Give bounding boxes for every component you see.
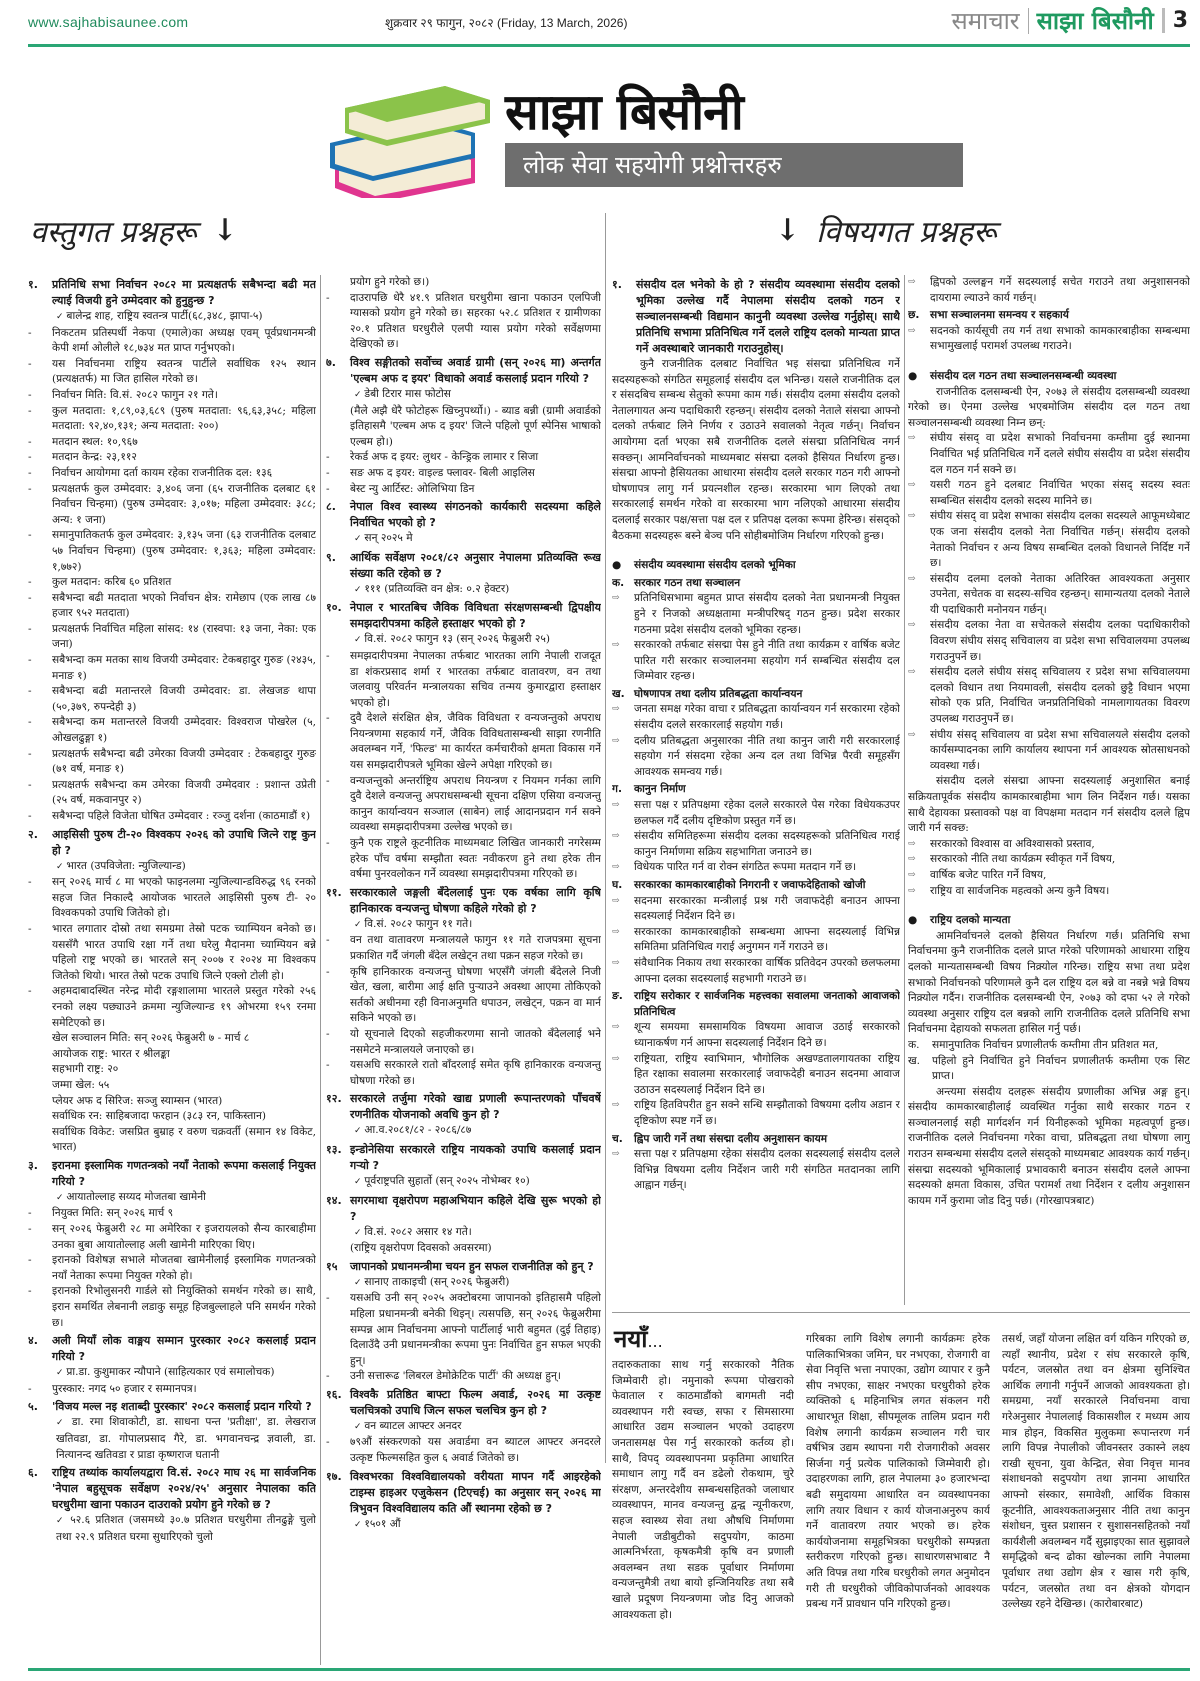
arrow-point: ⇨संसदीय दलका नेता वा सचेतकले संसदीय दलका… [908, 618, 1190, 665]
question: १६.विश्वकै प्रतिष्ठित बाफ्टा फिल्म अवार्… [326, 1387, 601, 1419]
dash-icon: - [28, 778, 52, 809]
dash-icon: - [326, 1435, 350, 1466]
arrow-right-icon: ⇨ [908, 618, 930, 665]
arrow-point: ⇨राष्ट्रिय वा सार्वजनिक महत्वको अन्य कुन… [908, 884, 1190, 900]
answer-check: प्रा.डा. कुशुमाकर न्यौपाने (साहित्यकार ए… [28, 1365, 316, 1382]
item-text: प्रत्यक्षतर्फ निर्वाचित महिला सांसद: १४ … [52, 622, 316, 653]
question: ६.राष्ट्रिय तथ्यांक कार्यालयद्वारा वि.सं… [28, 1465, 316, 1513]
item-text: कुनै राजनीतिक दलबाट निर्वाचित भइ संसद्मा… [612, 358, 900, 542]
question-number: ९. [326, 550, 350, 582]
arrow-right-icon: ⇨ [908, 324, 930, 355]
paragraph: कुनै राजनीतिक दलबाट निर्वाचित भइ संसद्मा… [612, 357, 900, 544]
item-text: नेपाल र भारतबिच जैविक विविधता संरक्षणसम्… [350, 600, 601, 632]
dash-icon: - [326, 1027, 350, 1058]
item-text: आर्थिक सर्वेक्षण २०८१/८२ अनुसार नेपालमा … [350, 550, 601, 582]
bullet-point: -प्रत्यक्षतर्फ निर्वाचित महिला सांसद: १४… [28, 622, 316, 653]
arrow-point: ⇨यसरी गठन हुने दलबाट निर्वाचित भएका संसद… [908, 478, 1190, 509]
item-text: सर्वाधिक रन: साहिबजादा फरहान (३८३ रन, पा… [52, 1110, 266, 1122]
item-text: वन्यजन्तुको अन्तर्राष्ट्रिय अपराध नियन्त… [350, 774, 601, 836]
item-text: बालेन्द्र शाह, राष्ट्रिय स्वतन्त्र पार्ट… [66, 310, 262, 322]
item-text: सत्ता पक्ष र प्रतिपक्षमा रहेका दलले सरका… [634, 798, 900, 829]
dash-icon: - [28, 1284, 52, 1331]
bullet-point: -मतदान केन्द्र: २३,११२ [28, 450, 316, 466]
item-text: पुरस्कार: नगद ५० हजार र सम्मानपत्र। [52, 1382, 197, 1398]
item-text: प्रत्यक्षतर्फ सबैभन्दा कम उमेरका विजयी उ… [52, 778, 316, 809]
arrow-right-icon: ⇨ [612, 894, 634, 925]
arrow-right-icon: ⇨ [612, 798, 634, 829]
bullet-point: -उनी सत्तारूढ 'लिबरल डेमोक्रेटिक पार्टी'… [326, 1369, 601, 1385]
question-number: १४. [326, 1193, 350, 1225]
indented-note: प्लेयर अफ द सिरिज: सञ्जु स्याम्सन (भारत) [28, 1094, 316, 1110]
bullet-point: -अहमदाबादस्थित नरेन्द्र मोदी रङ्गशालामा … [28, 984, 316, 1031]
subheading: ●संसदीय व्यवस्थामा संसदीय दलको भूमिका [612, 558, 900, 574]
answer-check: भारत (उपविजेता: न्युजिल्यान्ड) [28, 859, 316, 876]
item-text: सरकारका कामकारबाहीको सम्बन्धमा आफ्ना सदस… [634, 925, 900, 956]
item-text: वन तथा वातावरण मन्त्रालयले फागुन ११ गते … [350, 933, 601, 964]
item-text: आमनिर्वाचनले दलको हैसियत निर्धारण गर्छ। … [908, 930, 1190, 1036]
sub-number: च. [612, 1132, 634, 1148]
bullet-point: -कुनै एक राष्ट्रले कूटनीतिक माध्यमबाट लि… [326, 836, 601, 883]
item-text: प्रतिनिधि सभा निर्वाचन २०८२ मा प्रत्यक्ष… [52, 277, 316, 309]
question-number: ७. [326, 355, 350, 387]
item-text: सन् २०२६ मार्च ८ मा भएको फाइनलमा न्युजिल… [52, 875, 316, 922]
item-text: आइसिसी पुरुष टी-२० विश्वकप २०२६ को उपाधि… [52, 827, 316, 859]
sub-number: ख. [612, 687, 634, 703]
item-text: आ.व.२०८१/८२ - २०८६/८७ [364, 1124, 471, 1136]
page-header: www.sajhabisaunee.com शुक्रवार २९ फागुन,… [0, 0, 1200, 45]
item-text: संसदीय दलले संघीय संसद् सचिवालय र प्रदेश… [930, 665, 1190, 727]
question-number: १६. [326, 1387, 350, 1419]
item-text: राष्ट्रिय दलको मान्यता [930, 913, 1010, 929]
dash-icon: - [326, 774, 350, 836]
question-number: २. [28, 827, 52, 859]
bullet-point: -सबैभन्दा पहिले विजेता घोषित उम्मेदवार :… [28, 809, 316, 825]
dash-icon: - [326, 1058, 350, 1089]
item-text: सङ अफ द इयर: वाइल्ड फ्लावर- बिली आइलिस [350, 466, 535, 482]
arrow-right-icon: ⇨ [612, 1052, 634, 1099]
dash-icon: - [28, 1206, 52, 1222]
bullet-point: -यो सूचनाले दिएको सहजीकरणमा सानो जातको ब… [326, 1027, 601, 1058]
naya-title: नयाँ [614, 1325, 647, 1353]
objective-column-1: १.प्रतिनिधि सभा निर्वाचन २०८२ मा प्रत्यक… [28, 275, 316, 1665]
item-text: वि.सं. २०८२ असार १४ गते। [364, 1226, 471, 1238]
item-text: जनता समक्ष गरेका वाचा र प्रतिबद्धता कार्… [634, 702, 900, 733]
dash-icon: - [28, 404, 52, 435]
paragraph: अन्त्यमा संसदीय दलहरू संसदीय प्रणालीका अ… [908, 1085, 1190, 1210]
item-text: दाउरापछि धेरै ४१.९ प्रतिशत घरधुरीमा खाना… [350, 291, 601, 353]
item-text: संसदीय दल भनेको के हो ? संसदीय व्यवस्थाम… [636, 277, 900, 357]
item-text: संघीय संसद् सचिवालय वा प्रदेश सभा सचिवाल… [930, 728, 1190, 775]
item-text: सभा सञ्चालनमा समन्वय र सहकार्य [930, 308, 1069, 324]
item-text: राष्ट्रियता, राष्ट्रिय स्वाभिमान, भौगोलि… [634, 1052, 900, 1099]
answer-check: सानाए ताकाइची (सन् २०२६ फेब्रुअरी) [326, 1275, 601, 1292]
item-text: कृषि हानिकारक वन्यजन्तु घोषणा भएसँगै जंग… [350, 965, 601, 1027]
bullet-point: -इरानको विशेषज्ञ सभाले मोजतबा खामेनीलाई … [28, 1253, 316, 1284]
arrow-point: ⇨प्रतिनिधिसभामा बहुमत प्राप्त संसदीय दलक… [612, 591, 900, 638]
item-text: संसदीय व्यवस्थामा संसदीय दलको भूमिका [634, 558, 796, 574]
bullet-point: -दाउरापछि धेरै ४१.९ प्रतिशत घरधुरीमा खान… [326, 291, 601, 353]
bullet-point: -कुल मतदाता: १,८९,०३,६८९ (पुरुष मतदाता: … [28, 404, 316, 435]
arrow-point: ⇨सरकारको विश्वास वा अविश्वासको प्रस्ताव, [908, 837, 1190, 853]
indented-note: आयोजक राष्ट्र: भारत र श्रीलङ्का [28, 1047, 316, 1063]
item-text: ह्विप जारी गर्ने तथा संसद्मा दलीय अनुशास… [634, 1132, 827, 1148]
item-text: रेकर्ड अफ द इयर: लुथर - केन्ड्रिक लामार … [350, 450, 538, 466]
item-text: संसदीय दलमा दलको नेताका अतिरिक्त आवश्यकत… [930, 572, 1190, 619]
dash-icon: - [28, 591, 52, 622]
item-text: उनी सत्तारूढ 'लिबरल डेमोक्रेटिक पार्टी' … [350, 1369, 561, 1385]
subheading: ●संसदीय दल गठन तथा सञ्चालनसम्बन्धी व्यवस… [908, 369, 1190, 385]
question-number: १५ [326, 1259, 350, 1275]
item-text: १११ (प्रतिव्यक्ति वन क्षेत्र: ०.२ हेक्टर… [364, 583, 509, 595]
item-text: सरकारले तर्जुमा गरेको खाद्य प्रणाली रूपा… [350, 1091, 601, 1123]
section-divider [605, 213, 606, 1463]
indented-note: (मैले अझै धेरै फोटोहरू खिच्नुपर्थ्यो।) -… [326, 404, 601, 451]
item-text: (राष्ट्रिय वृक्षरोपण दिवसको अवसरमा) [350, 1242, 492, 1254]
item-text: इरानमा इस्लामिक गणतन्त्रको नयाँ नेताको र… [52, 1158, 316, 1190]
item-text: विश्व सङ्गीतको सर्वोच्च अवार्ड ग्रामी (स… [350, 355, 601, 387]
dash-icon: - [28, 922, 52, 984]
arrow-right-icon: ⇨ [908, 572, 930, 619]
question: १.संसदीय दल भनेको के हो ? संसदीय व्यवस्थ… [612, 277, 900, 357]
bullet-point: -यस निर्वाचनमा राष्ट्रिय स्वतन्त्र पार्ट… [28, 357, 316, 388]
answer-check: वन ब्याटल आफ्टर अनदर [326, 1419, 601, 1436]
arrow-point: ⇨ह्विपको उल्लङ्घन गर्ने सदस्यलाई सचेत गर… [908, 275, 1190, 306]
subheading: क.सरकार गठन तथा सञ्चालन [612, 576, 900, 592]
question-number: १३. [326, 1142, 350, 1174]
question: १.प्रतिनिधि सभा निर्वाचन २०८२ मा प्रत्यक… [28, 277, 316, 309]
answer-check: सन् २०२५ मे [326, 531, 601, 548]
question: ५.'विजय मल्ल नइ शताब्दी पुरस्कार' २०८२ क… [28, 1399, 316, 1415]
item-text: यस निर्वाचनमा राष्ट्रिय स्वतन्त्र पार्टी… [52, 357, 316, 388]
arrow-down-icon: ↓ [775, 213, 800, 248]
item-text: मतदान स्थल: १०,९६७ [52, 435, 138, 451]
bullet-point: -प्रत्यक्षतर्फ सबैभन्दा बढी उमेरका विजयी… [28, 747, 316, 778]
bullet-point: -वन्यजन्तुको अन्तर्राष्ट्रिय अपराध नियन्… [326, 774, 601, 836]
sub-number: घ. [612, 878, 634, 894]
answer-check: १११ (प्रतिव्यक्ति वन क्षेत्र: ०.२ हेक्टर… [326, 582, 601, 599]
question-number: १. [612, 277, 636, 357]
item-text: सबैभन्दा बढी मतदाता भएको निर्वाचन क्षेत्… [52, 591, 316, 622]
question-number: ११. [326, 885, 350, 917]
item-text: ५२.६ प्रतिशत (जसमध्ये ३०.७ प्रतिशत घरधुर… [56, 1514, 316, 1543]
item-text: सरकारको नीति तथा कार्यक्रम स्वीकृत गर्ने… [930, 852, 1115, 868]
bullet-point: -सङ अफ द इयर: वाइल्ड फ्लावर- बिली आइलिस [326, 466, 601, 482]
arrow-point: ⇨विधेयक पारित गर्न वा रोक्न संगठित रूपमा… [612, 860, 900, 876]
bullet-point: -प्रत्यक्षतर्फ सबैभन्दा कम उमेरका विजयी … [28, 778, 316, 809]
column-divider [320, 275, 321, 1665]
bullet-point: -यसअघि सरकारले रातो बाँदरलाई समेत कृषि ह… [326, 1058, 601, 1089]
item-text: समानुपातिक निर्वाचन प्रणालीतर्फ कम्तीमा … [932, 1038, 1158, 1054]
arrow-right-icon: ⇨ [612, 702, 634, 733]
dash-icon: - [28, 875, 52, 922]
question-number: १. [28, 277, 52, 309]
item-text: संसदीय दल गठन तथा सञ्चालनसम्बन्धी व्यवस्… [930, 369, 1116, 385]
item-text: अन्त्यमा संसदीय दलहरू संसदीय प्रणालीका अ… [908, 1086, 1190, 1207]
question-number: १७. [326, 1469, 350, 1517]
arrow-right-icon: ⇨ [908, 478, 930, 509]
question: ४.अली मियाँ लोक वाङ्मय सम्मान पुरस्कार २… [28, 1333, 316, 1365]
arrow-point: ⇨संवैधानिक निकाय तथा सरकारका वार्षिक प्र… [612, 956, 900, 987]
item-text: ७९औं संस्करणको यस अवार्डमा वन ब्याटल आफ्… [350, 1435, 601, 1466]
arrow-point: ⇨सरकारका कामकारबाहीको सम्बन्धमा आफ्ना सद… [612, 925, 900, 956]
arrow-right-icon: ⇨ [908, 852, 930, 868]
arrow-point: ⇨सदनमा सरकारका मन्त्रीलाई प्रश्न गरी जवा… [612, 894, 900, 925]
dash-icon: - [28, 1253, 52, 1284]
subheading: ख.घोषणापत्र तथा दलीय प्रतिबद्धता कार्यान… [612, 687, 900, 703]
item-text: संसदीय समितिहरूमा संसदीय दलका सदस्यहरूको… [634, 829, 900, 860]
dash-icon: - [326, 836, 350, 883]
arrow-point: ⇨राष्ट्रिय हितविपरीत हुन सक्ने सन्धि सम्… [612, 1098, 900, 1129]
arrow-point: ⇨जनता समक्ष गरेका वाचा र प्रतिबद्धता कार… [612, 702, 900, 733]
bullet-point: -इरानको रिभोलुसनरी गार्डले सो नियुक्तिको… [28, 1284, 316, 1331]
lettered-point: क.समानुपातिक निर्वाचन प्रणालीतर्फ कम्तीम… [908, 1038, 1190, 1054]
arrow-down-icon: ↓ [213, 213, 238, 248]
item-text: इन्डोनेसिया सरकारले राष्ट्रिय नायकको उपा… [350, 1142, 601, 1174]
bullet-point: -सन् २०२६ मार्च ८ मा भएको फाइनलमा न्युजि… [28, 875, 316, 922]
item-text: प्लेयर अफ द सिरिज: सञ्जु स्याम्सन (भारत) [52, 1095, 222, 1107]
question: १०.नेपाल र भारतबिच जैविक विविधता संरक्षण… [326, 600, 601, 632]
question-number: ५. [28, 1399, 52, 1415]
item-text: सदनको कार्यसूची तय गर्न तथा सभाको कामकार… [930, 324, 1190, 355]
indented-note: सर्वाधिक विकेट: जसप्रित बुम्राह र वरुण च… [28, 1125, 316, 1156]
sub-number: ग. [612, 782, 634, 798]
sub-number: छ. [908, 308, 930, 324]
dash-icon: - [28, 326, 52, 357]
dash-icon: - [28, 450, 52, 466]
dash-icon: - [326, 482, 350, 498]
objective-heading-text: वस्तुगत प्रश्नहरू [30, 210, 197, 251]
answer-check: वि.सं. २०८२ फागुन १३ (सन् २०२६ फेब्रुअरी… [326, 632, 601, 649]
top-rule [28, 44, 1190, 47]
paragraph: आमनिर्वाचनले दलको हैसियत निर्धारण गर्छ। … [908, 929, 1190, 1038]
arrow-right-icon: ⇨ [612, 1098, 634, 1129]
item-text: यो सूचनाले दिएको सहजीकरणमा सानो जातको बँ… [350, 1027, 601, 1058]
item-text: संसदीय दलले संसद्मा आफ्ना सदस्यलाई अनुशा… [908, 775, 1190, 834]
arrow-point: ⇨दलीय प्रतिबद्धता अनुसारका नीति तथा कानु… [612, 734, 900, 781]
answer-check: बालेन्द्र शाह, राष्ट्रिय स्वतन्त्र पार्ट… [28, 309, 316, 326]
arrow-point: ⇨सत्ता पक्ष र प्रतिपक्षमा रहेका दलले सरक… [612, 798, 900, 829]
bullet-point: -समझदारीपत्रमा नेपालका तर्फबाट भारतका ला… [326, 649, 601, 711]
item-text: यसअघि उनी सन् २०२५ अक्टोबरमा जापानको इति… [350, 1291, 601, 1369]
answer-check: वि.सं. २०८२ असार १४ गते। [326, 1225, 601, 1242]
dash-icon: - [28, 357, 52, 388]
question-number: १२. [326, 1091, 350, 1123]
arrow-point: ⇨संसदीय समितिहरूमा संसदीय दलका सदस्यहरूक… [612, 829, 900, 860]
answer-check: पूर्वराष्ट्रपति सुहार्तो (सन् २०२५ नोभेम… [326, 1174, 601, 1191]
arrow-point: ⇨संसदीय दलले संघीय संसद् सचिवालय र प्रदे… [908, 665, 1190, 727]
column-divider [904, 275, 905, 1305]
divider [1028, 8, 1029, 34]
indented-note: सर्वाधिक रन: साहिबजादा फरहान (३८३ रन, पा… [28, 1109, 316, 1125]
sub-number: क. [612, 576, 634, 592]
bullet-point: -सन् २०२६ फेब्रुअरी २८ मा अमेरिका र इजरा… [28, 1222, 316, 1253]
item-text: सबैभन्दा बढी मतान्तरले विजयी उम्मेदवार: … [52, 684, 316, 715]
item-text: आयातोल्लाह सय्यद मोजतबा खामेनी [66, 1191, 205, 1203]
item-text: सगरमाथा वृक्षरोपण महाअभियान कहिले देखि स… [350, 1193, 601, 1225]
question: ८.नेपाल विश्व स्वास्थ्य संगठनको कार्यकार… [326, 499, 601, 531]
dash-icon: - [326, 450, 350, 466]
question-number: ४. [28, 1333, 52, 1365]
arrow-right-icon: ⇨ [908, 509, 930, 571]
brand-label: साझा बिसौनी [1037, 4, 1154, 37]
paragraph: राजनीतिक दलसम्बन्धी ऐन, २०७३ ले संसदीय द… [908, 385, 1190, 432]
item-text: संघीय संसद् वा प्रदेश सभाको निर्वाचनमा क… [930, 431, 1190, 478]
item-text: 'विजय मल्ल नइ शताब्दी पुरस्कार' २०८२ कसल… [52, 1399, 312, 1415]
item-text: प्रा.डा. कुशुमाकर न्यौपाने (साहित्यकार ए… [66, 1366, 274, 1378]
item-text: कुल मतदाता: १,८९,०३,६८९ (पुरुष मतदाता: ९… [52, 404, 316, 435]
item-text: विश्वभरका विश्वविद्यालयको वरीयता मापन गर… [350, 1469, 601, 1517]
item-text: जापानको प्रधानमन्त्रीमा चयन हुन सफल राजन… [350, 1259, 594, 1275]
spacer [612, 544, 900, 556]
item-text: सरकार गठन तथा सञ्चालन [634, 576, 740, 592]
arrow-point: ⇨शून्य समयमा समसामयिक विषयमा आवाज उठाई स… [612, 1020, 900, 1051]
arrow-right-icon: ⇨ [612, 638, 634, 685]
subheading: ङ.राष्ट्रिय सरोकार र सार्वजनिक महत्त्वका… [612, 989, 900, 1020]
indented-note: सहभागी राष्ट्र: २० [28, 1062, 316, 1078]
item-text: यसरी गठन हुने दलबाट निर्वाचित भएका संसद्… [930, 478, 1190, 509]
item-text: सबैभन्दा कम मतका साथ विजयी उम्मेदवार: टे… [52, 653, 316, 684]
dash-icon: - [28, 1222, 52, 1253]
item-text: संसदीय दलका नेता वा सचेतकले संसदीय दलका … [930, 618, 1190, 665]
item-text: समझदारीपत्रमा नेपालका तर्फबाट भारतका लाग… [350, 649, 601, 711]
arrow-right-icon: ⇨ [908, 431, 930, 478]
arrow-right-icon: ⇨ [612, 1020, 634, 1051]
arrow-right-icon: ⇨ [908, 665, 930, 727]
bullet-icon: ● [908, 369, 930, 385]
item-text: अहमदाबादस्थित नरेन्द्र मोदी रङ्गशालामा भ… [52, 984, 316, 1031]
masthead: साझा बिसौनी लोक सेवा सहयोगी प्रश्नोत्तरह… [325, 78, 965, 198]
item-text: जम्मा खेल: ५५ [52, 1079, 109, 1091]
item-text: ह्विपको उल्लङ्घन गर्ने सदस्यलाई सचेत गरा… [930, 275, 1190, 306]
item-text: खेल सञ्चालन मिति: सन् २०२६ फेब्रुअरी ७ -… [52, 1032, 249, 1044]
answer-check: डा. रमा शिवाकोटी, डा. साधना पन्त 'प्रतीक… [28, 1415, 316, 1463]
item-text: नियुक्त मिति: सन् २०२६ मार्च ९ [52, 1206, 173, 1222]
arrow-right-icon: ⇨ [612, 1147, 634, 1194]
item-text: वि.सं. २०८२ फागुन १३ (सन् २०२६ फेब्रुअरी… [364, 633, 550, 645]
question-number: ६. [28, 1465, 52, 1513]
item-text: प्रत्यक्षतर्फ कुल उम्मेदवार: ३,४०६ जना (… [52, 482, 316, 529]
subheading: ग.कानुन निर्माण [612, 782, 900, 798]
dash-icon: - [28, 653, 52, 684]
item-text: कुनै एक राष्ट्रले कूटनीतिक माध्यमबाट लिख… [350, 836, 601, 883]
item-text: निकटतम प्रतिस्पर्धी नेकपा (एमाले)का अध्य… [52, 326, 316, 357]
item-text: नेपाल विश्व स्वास्थ्य संगठनको कार्यकारी … [350, 499, 601, 531]
dash-icon: - [28, 984, 52, 1031]
arrow-right-icon: ⇨ [612, 591, 634, 638]
item-text: दलीय प्रतिबद्धता अनुसारका नीति तथा कानुन… [634, 734, 900, 781]
bullet-point: -निर्वाचन आयोगमा दर्ता कायम रहेका राजनीत… [28, 466, 316, 482]
sub-number: ङ. [612, 989, 634, 1020]
item-text: सदनमा सरकारका मन्त्रीलाई प्रश्न गरी जवाफ… [634, 894, 900, 925]
arrow-right-icon: ⇨ [612, 734, 634, 781]
item-text: राष्ट्रिय सरोकार र सार्वजनिक महत्त्वका स… [634, 989, 900, 1020]
item-text: वि.सं. २०८२ फागुन ११ गते। [364, 918, 472, 930]
dash-icon: - [326, 1291, 350, 1369]
bullet-point: -सबैभन्दा कम मतका साथ विजयी उम्मेदवार: ट… [28, 653, 316, 684]
item-text: राष्ट्रिय वा सार्वजनिक महत्वको अन्य कुनै… [930, 884, 1109, 900]
dash-icon: - [28, 684, 52, 715]
item-text: इरानको रिभोलुसनरी गार्डले सो नियुक्तिको … [52, 1284, 316, 1331]
item-text: निर्वाचन आयोगमा दर्ता कायम रहेका राजनीति… [52, 466, 272, 482]
naya-column-b: गरिबका लागि विशेष लगानी कार्यक्रमः हरेक … [806, 1332, 990, 1658]
sub-number: क. [908, 1038, 932, 1054]
question: ३.इरानमा इस्लामिक गणतन्त्रको नयाँ नेताको… [28, 1158, 316, 1190]
item-text: इरानको विशेषज्ञ सभाले मोजतबा खामेनीलाई इ… [52, 1253, 316, 1284]
item-text: पहिलो हुने निर्वाचित हुने निर्वाचन प्रणा… [932, 1054, 1190, 1085]
bullet-icon: ● [612, 558, 634, 574]
subjective-column-1: १.संसदीय दल भनेको के हो ? संसदीय व्यवस्थ… [612, 275, 900, 1305]
arrow-right-icon: ⇨ [908, 868, 930, 884]
dash-icon: - [28, 575, 52, 591]
item-text: दुवै देशले संरक्षित क्षेत्र, जैविक विविध… [350, 711, 601, 773]
question-number: १०. [326, 600, 350, 632]
bullet-point: -रेकर्ड अफ द इयर: लुथर - केन्ड्रिक लामार… [326, 450, 601, 466]
item-text: समानुपातिकतर्फ कुल उम्मेदवार: ३,१३५ जना … [52, 528, 316, 575]
item-text: राजनीतिक दलसम्बन्धी ऐन, २०७३ ले संसदीय द… [908, 386, 1190, 429]
arrow-point: ⇨सरकारको नीति तथा कार्यक्रम स्वीकृत गर्न… [908, 852, 1190, 868]
books-stack-icon [325, 78, 495, 198]
bullet-point: -वन तथा वातावरण मन्त्रालयले फागुन ११ गते… [326, 933, 601, 964]
dash-icon: - [28, 747, 52, 778]
item-text: डेबी टिरार मास फोटोस [364, 388, 450, 400]
site-url-link[interactable]: www.sajhabisaunee.com [28, 14, 188, 30]
indented-note: (राष्ट्रिय वृक्षरोपण दिवसको अवसरमा) [326, 1241, 601, 1257]
item-text: बेस्ट न्यु आर्टिस्ट: ओलिभिया डिन [350, 482, 474, 498]
sub-number: ख. [908, 1054, 932, 1085]
masthead-title: साझा बिसौनी [505, 76, 743, 144]
item-text: आयोजक राष्ट्र: भारत र श्रीलङ्का [52, 1048, 170, 1060]
bullet-point: -प्रत्यक्षतर्फ कुल उम्मेदवार: ३,४०६ जना … [28, 482, 316, 529]
naya-column-c: तसर्थ, जहाँ योजना लक्षित वर्ग यकिन गरिएक… [1002, 1332, 1190, 1658]
item-text: सानाए ताकाइची (सन् २०२६ फेब्रुअरी) [364, 1276, 509, 1288]
item-text: भारत लगातार दोस्रो तथा समग्रमा तेस्रो पट… [52, 922, 316, 984]
bullet-point: -भारत लगातार दोस्रो तथा समग्रमा तेस्रो प… [28, 922, 316, 984]
arrow-point: ⇨संसदीय दलमा दलको नेताका अतिरिक्त आवश्यक… [908, 572, 1190, 619]
arrow-right-icon: ⇨ [908, 728, 930, 775]
arrow-point: ⇨सरकारको तर्फबाट संसद्मा पेस हुने नीति त… [612, 638, 900, 685]
subjective-column-2: ⇨ह्विपको उल्लङ्घन गर्ने सदस्यलाई सचेत गर… [908, 275, 1190, 1305]
category-label: समाचार [952, 4, 1020, 37]
question: २.आइसिसी पुरुष टी-२० विश्वकप २०२६ को उपा… [28, 827, 316, 859]
dash-icon: - [28, 1382, 52, 1398]
item-text: शून्य समयमा समसामयिक विषयमा आवाज उठाई सर… [634, 1020, 900, 1051]
arrow-point: ⇨सदनको कार्यसूची तय गर्न तथा सभाको कामका… [908, 324, 1190, 355]
dash-icon: - [28, 809, 52, 825]
lettered-point: ख.पहिलो हुने निर्वाचित हुने निर्वाचन प्र… [908, 1054, 1190, 1085]
item-text: सरकारको तर्फबाट संसद्मा पेस हुने नीति तथ… [634, 638, 900, 685]
item-text: कुल मतदान: करिब ६० प्रतिशत [52, 575, 171, 591]
question: ११.सरकारकाले जङ्गली बँदेललाई पुनः एक वर्… [326, 885, 601, 917]
arrow-point: ⇨संघीय संसद् सचिवालय वा प्रदेश सभा सचिवा… [908, 728, 1190, 775]
dash-icon: - [28, 435, 52, 451]
bottom-rule [28, 1668, 1190, 1671]
dash-icon: - [28, 622, 52, 653]
question-number: ३. [28, 1158, 52, 1190]
item-text: घोषणापत्र तथा दलीय प्रतिबद्धता कार्यान्व… [634, 687, 802, 703]
subheading: ●राष्ट्रिय दलको मान्यता [908, 913, 1190, 929]
answer-check: आ.व.२०८१/८२ - २०८६/८७ [326, 1123, 601, 1140]
naya-ellipsis: ... [647, 1332, 662, 1351]
item-text: राष्ट्रिय तथ्यांक कार्यालयद्वारा वि.सं. … [52, 1465, 316, 1513]
dash-icon: - [326, 711, 350, 773]
naya-heading: नयाँ... [614, 1322, 663, 1355]
bullet-point: -पुरस्कार: नगद ५० हजार र सम्मानपत्र। [28, 1382, 316, 1398]
question: १५जापानको प्रधानमन्त्रीमा चयन हुन सफल रा… [326, 1259, 601, 1275]
arrow-right-icon: ⇨ [908, 837, 930, 853]
masthead-subtitle: लोक सेवा सहयोगी प्रश्नोत्तरहरु [505, 143, 963, 187]
dash-icon: - [28, 388, 52, 404]
bullet-point: -नियुक्त मिति: सन् २०२६ मार्च ९ [28, 1206, 316, 1222]
